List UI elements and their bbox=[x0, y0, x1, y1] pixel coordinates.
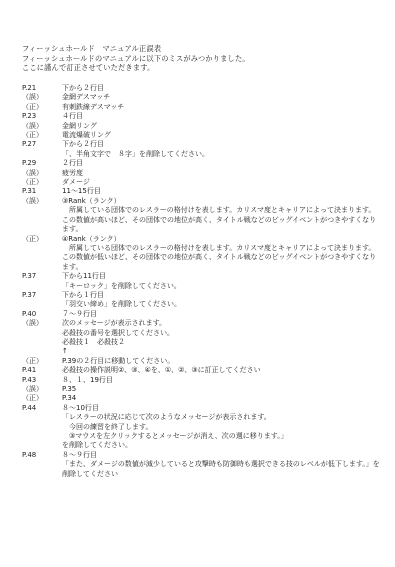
entry-line: 必殺技の操作説明②、③、④を、①、②、③に訂正してください bbox=[62, 366, 382, 375]
entry-line: 下から２行目 bbox=[62, 84, 382, 93]
entry-line: 下から１行目 bbox=[62, 291, 382, 300]
entry-label: （正） bbox=[22, 131, 62, 140]
entry-label: P.37 bbox=[22, 291, 62, 310]
entry-body: P.35 bbox=[62, 385, 382, 394]
entry-body: 下から２行目「、半角文字で ８字」を削除してください。 bbox=[62, 140, 382, 159]
entry-body: 疲労度 bbox=[62, 169, 382, 178]
errata-entry: （誤）疲労度 bbox=[22, 169, 382, 178]
entry-line: 今回の練習を終了します。 bbox=[62, 423, 382, 432]
entry-label: （正） bbox=[22, 235, 62, 273]
entry-line: ４行目 bbox=[62, 112, 382, 121]
errata-entry: （誤）金網リング bbox=[22, 122, 382, 131]
errata-list: P.21下から２行目（誤）金網デスマッチ（正）有刺鉄線デスマッチP.23４行目（… bbox=[22, 84, 382, 479]
entry-line: 所属している団体でのレスラーの格付けを表します。カリスマ度とキャリアによって決ま… bbox=[62, 206, 382, 234]
entry-label: P.31 bbox=[22, 187, 62, 196]
entry-body: ２行目 bbox=[62, 159, 382, 168]
errata-entry: （正）P.34 bbox=[22, 394, 382, 403]
entry-line: を削除してください。 bbox=[62, 441, 382, 450]
entry-body: 下から２行目 bbox=[62, 84, 382, 93]
entry-line: 「また、ダメージの数値が減少していると攻撃時も防御時も選択できる技のレベルが低下… bbox=[62, 460, 382, 479]
entry-line: 「、半角文字で ８字」を削除してください。 bbox=[62, 150, 382, 159]
entry-label: （誤） bbox=[22, 319, 62, 357]
entry-label: P.27 bbox=[22, 140, 62, 159]
errata-entry: P.48８～９行目「また、ダメージの数値が減少していると攻撃時も防御時も選択でき… bbox=[22, 451, 382, 479]
entry-line: P.35 bbox=[62, 385, 382, 394]
entry-line: ８～９行目 bbox=[62, 451, 382, 460]
entry-label: P.41 bbox=[22, 366, 62, 375]
entry-line: 「レスラーの状況に応じて次のようなメッセージが表示されます。 bbox=[62, 413, 382, 422]
entry-body: ８、１、19行目 bbox=[62, 376, 382, 385]
entry-label: （誤） bbox=[22, 169, 62, 178]
errata-entry: P.21下から２行目 bbox=[22, 84, 382, 93]
entry-body: 電流爆破リング bbox=[62, 131, 382, 140]
errata-entry: P.27下から２行目「、半角文字で ８字」を削除してください。 bbox=[22, 140, 382, 159]
entry-body: ④Rank（ランク） 所属している団体でのレスラーの格付けを表します。カリスマ度… bbox=[62, 235, 382, 273]
entry-label: （誤） bbox=[22, 385, 62, 394]
entry-line: 「キーロック」を削除してください。 bbox=[62, 282, 382, 291]
entry-label: P.44 bbox=[22, 404, 62, 451]
entry-line: ↑ bbox=[62, 347, 382, 356]
errata-entry: （誤）③Rank（ランク） 所属している団体でのレスラーの格付けを表します。カリ… bbox=[22, 197, 382, 235]
entry-line: 下から２行目 bbox=[62, 140, 382, 149]
errata-entry: （正）P.39の２行目に移動してください。 bbox=[22, 357, 382, 366]
entry-line: P.34 bbox=[62, 394, 382, 403]
entry-body: ８～９行目「また、ダメージの数値が減少していると攻撃時も防御時も選択できる技のレ… bbox=[62, 451, 382, 479]
entry-body: ４行目 bbox=[62, 112, 382, 121]
entry-line: 必殺技の番号を選択してください。 bbox=[62, 329, 382, 338]
entry-label: P.48 bbox=[22, 451, 62, 479]
entry-label: （誤） bbox=[22, 197, 62, 235]
errata-entry: P.3111～15行目 bbox=[22, 187, 382, 196]
entry-line: 必殺技１ 必殺技２ bbox=[62, 338, 382, 347]
errata-page: フィーッシュホールド マニュアル正誤表 フィーッシュホールドのマニュアルに以下の… bbox=[0, 0, 395, 567]
entry-line: 金網リング bbox=[62, 122, 382, 131]
entry-body: 金網リング bbox=[62, 122, 382, 131]
entry-body: ③Rank（ランク） 所属している団体でのレスラーの格付けを表します。カリスマ度… bbox=[62, 197, 382, 235]
entry-line: ８、１、19行目 bbox=[62, 376, 382, 385]
entry-body: ダメージ bbox=[62, 178, 382, 187]
entry-line: 金網デスマッチ bbox=[62, 93, 382, 102]
entry-line: ８～10行目 bbox=[62, 404, 382, 413]
entry-body: 次のメッセージが表示されます。必殺技の番号を選択してください。必殺技１ 必殺技２… bbox=[62, 319, 382, 357]
intro-block: フィーッシュホールド マニュアル正誤表 フィーッシュホールドのマニュアルに以下の… bbox=[22, 44, 250, 73]
entry-line: P.39の２行目に移動してください。 bbox=[62, 357, 382, 366]
entry-line: 有刺鉄線デスマッチ bbox=[62, 103, 382, 112]
intro-line: ここに謹んで訂正させていただきます。 bbox=[22, 63, 250, 73]
entry-body: 下から11行目「キーロック」を削除してください。 bbox=[62, 272, 382, 291]
entry-body: ７～９行目 bbox=[62, 310, 382, 319]
entry-label: （正） bbox=[22, 357, 62, 366]
entry-body: 有刺鉄線デスマッチ bbox=[62, 103, 382, 112]
errata-entry: （誤）次のメッセージが表示されます。必殺技の番号を選択してください。必殺技１ 必… bbox=[22, 319, 382, 357]
entry-line: 11～15行目 bbox=[62, 187, 382, 196]
entry-line: ７～９行目 bbox=[62, 310, 382, 319]
errata-entry: P.43８、１、19行目 bbox=[22, 376, 382, 385]
entry-body: 11～15行目 bbox=[62, 187, 382, 196]
entry-line: 所属している団体でのレスラーの格付けを表します。カリスマ度とキャリアによって決ま… bbox=[62, 244, 382, 272]
errata-entry: （誤）金網デスマッチ bbox=[22, 93, 382, 102]
entry-label: P.29 bbox=[22, 159, 62, 168]
errata-entry: P.37下から11行目「キーロック」を削除してください。 bbox=[22, 272, 382, 291]
entry-line: ２行目 bbox=[62, 159, 382, 168]
entry-label: P.21 bbox=[22, 84, 62, 93]
entry-body: P.34 bbox=[62, 394, 382, 403]
entry-label: （正） bbox=[22, 394, 62, 403]
entry-line: 次のメッセージが表示されます。 bbox=[62, 319, 382, 328]
entry-body: P.39の２行目に移動してください。 bbox=[62, 357, 382, 366]
entry-line: 疲労度 bbox=[62, 169, 382, 178]
entry-label: （正） bbox=[22, 103, 62, 112]
entry-label: P.23 bbox=[22, 112, 62, 121]
entry-label: （誤） bbox=[22, 93, 62, 102]
entry-line: ダメージ bbox=[62, 178, 382, 187]
errata-entry: P.23４行目 bbox=[22, 112, 382, 121]
document-title: フィーッシュホールド マニュアル正誤表 bbox=[22, 44, 250, 54]
entry-label: （正） bbox=[22, 178, 62, 187]
errata-entry: （誤）P.35 bbox=[22, 385, 382, 394]
entry-line: 電流爆破リング bbox=[62, 131, 382, 140]
entry-line: 「羽交い締め」を削除してください。 bbox=[62, 300, 382, 309]
entry-body: 必殺技の操作説明②、③、④を、①、②、③に訂正してください bbox=[62, 366, 382, 375]
errata-entry: （正）有刺鉄線デスマッチ bbox=[22, 103, 382, 112]
errata-entry: P.41必殺技の操作説明②、③、④を、①、②、③に訂正してください bbox=[22, 366, 382, 375]
entry-line: 下から11行目 bbox=[62, 272, 382, 281]
entry-body: ８～10行目「レスラーの状況に応じて次のようなメッセージが表示されます。 今回の… bbox=[62, 404, 382, 451]
intro-line: フィーッシュホールドのマニュアルに以下のミスがみつかりました。 bbox=[22, 54, 250, 64]
errata-entry: （正）④Rank（ランク） 所属している団体でのレスラーの格付けを表します。カリ… bbox=[22, 235, 382, 273]
entry-line: ③Rank（ランク） bbox=[62, 197, 382, 206]
errata-entry: P.40７～９行目 bbox=[22, 310, 382, 319]
errata-entry: P.29２行目 bbox=[22, 159, 382, 168]
errata-entry: P.44８～10行目「レスラーの状況に応じて次のようなメッセージが表示されます。… bbox=[22, 404, 382, 451]
entry-line: ④Rank（ランク） bbox=[62, 235, 382, 244]
entry-body: 金網デスマッチ bbox=[62, 93, 382, 102]
entry-label: P.40 bbox=[22, 310, 62, 319]
entry-label: P.37 bbox=[22, 272, 62, 291]
entry-body: 下から１行目「羽交い締め」を削除してください。 bbox=[62, 291, 382, 310]
entry-label: P.43 bbox=[22, 376, 62, 385]
errata-entry: P.37下から１行目「羽交い締め」を削除してください。 bbox=[22, 291, 382, 310]
entry-label: （誤） bbox=[22, 122, 62, 131]
